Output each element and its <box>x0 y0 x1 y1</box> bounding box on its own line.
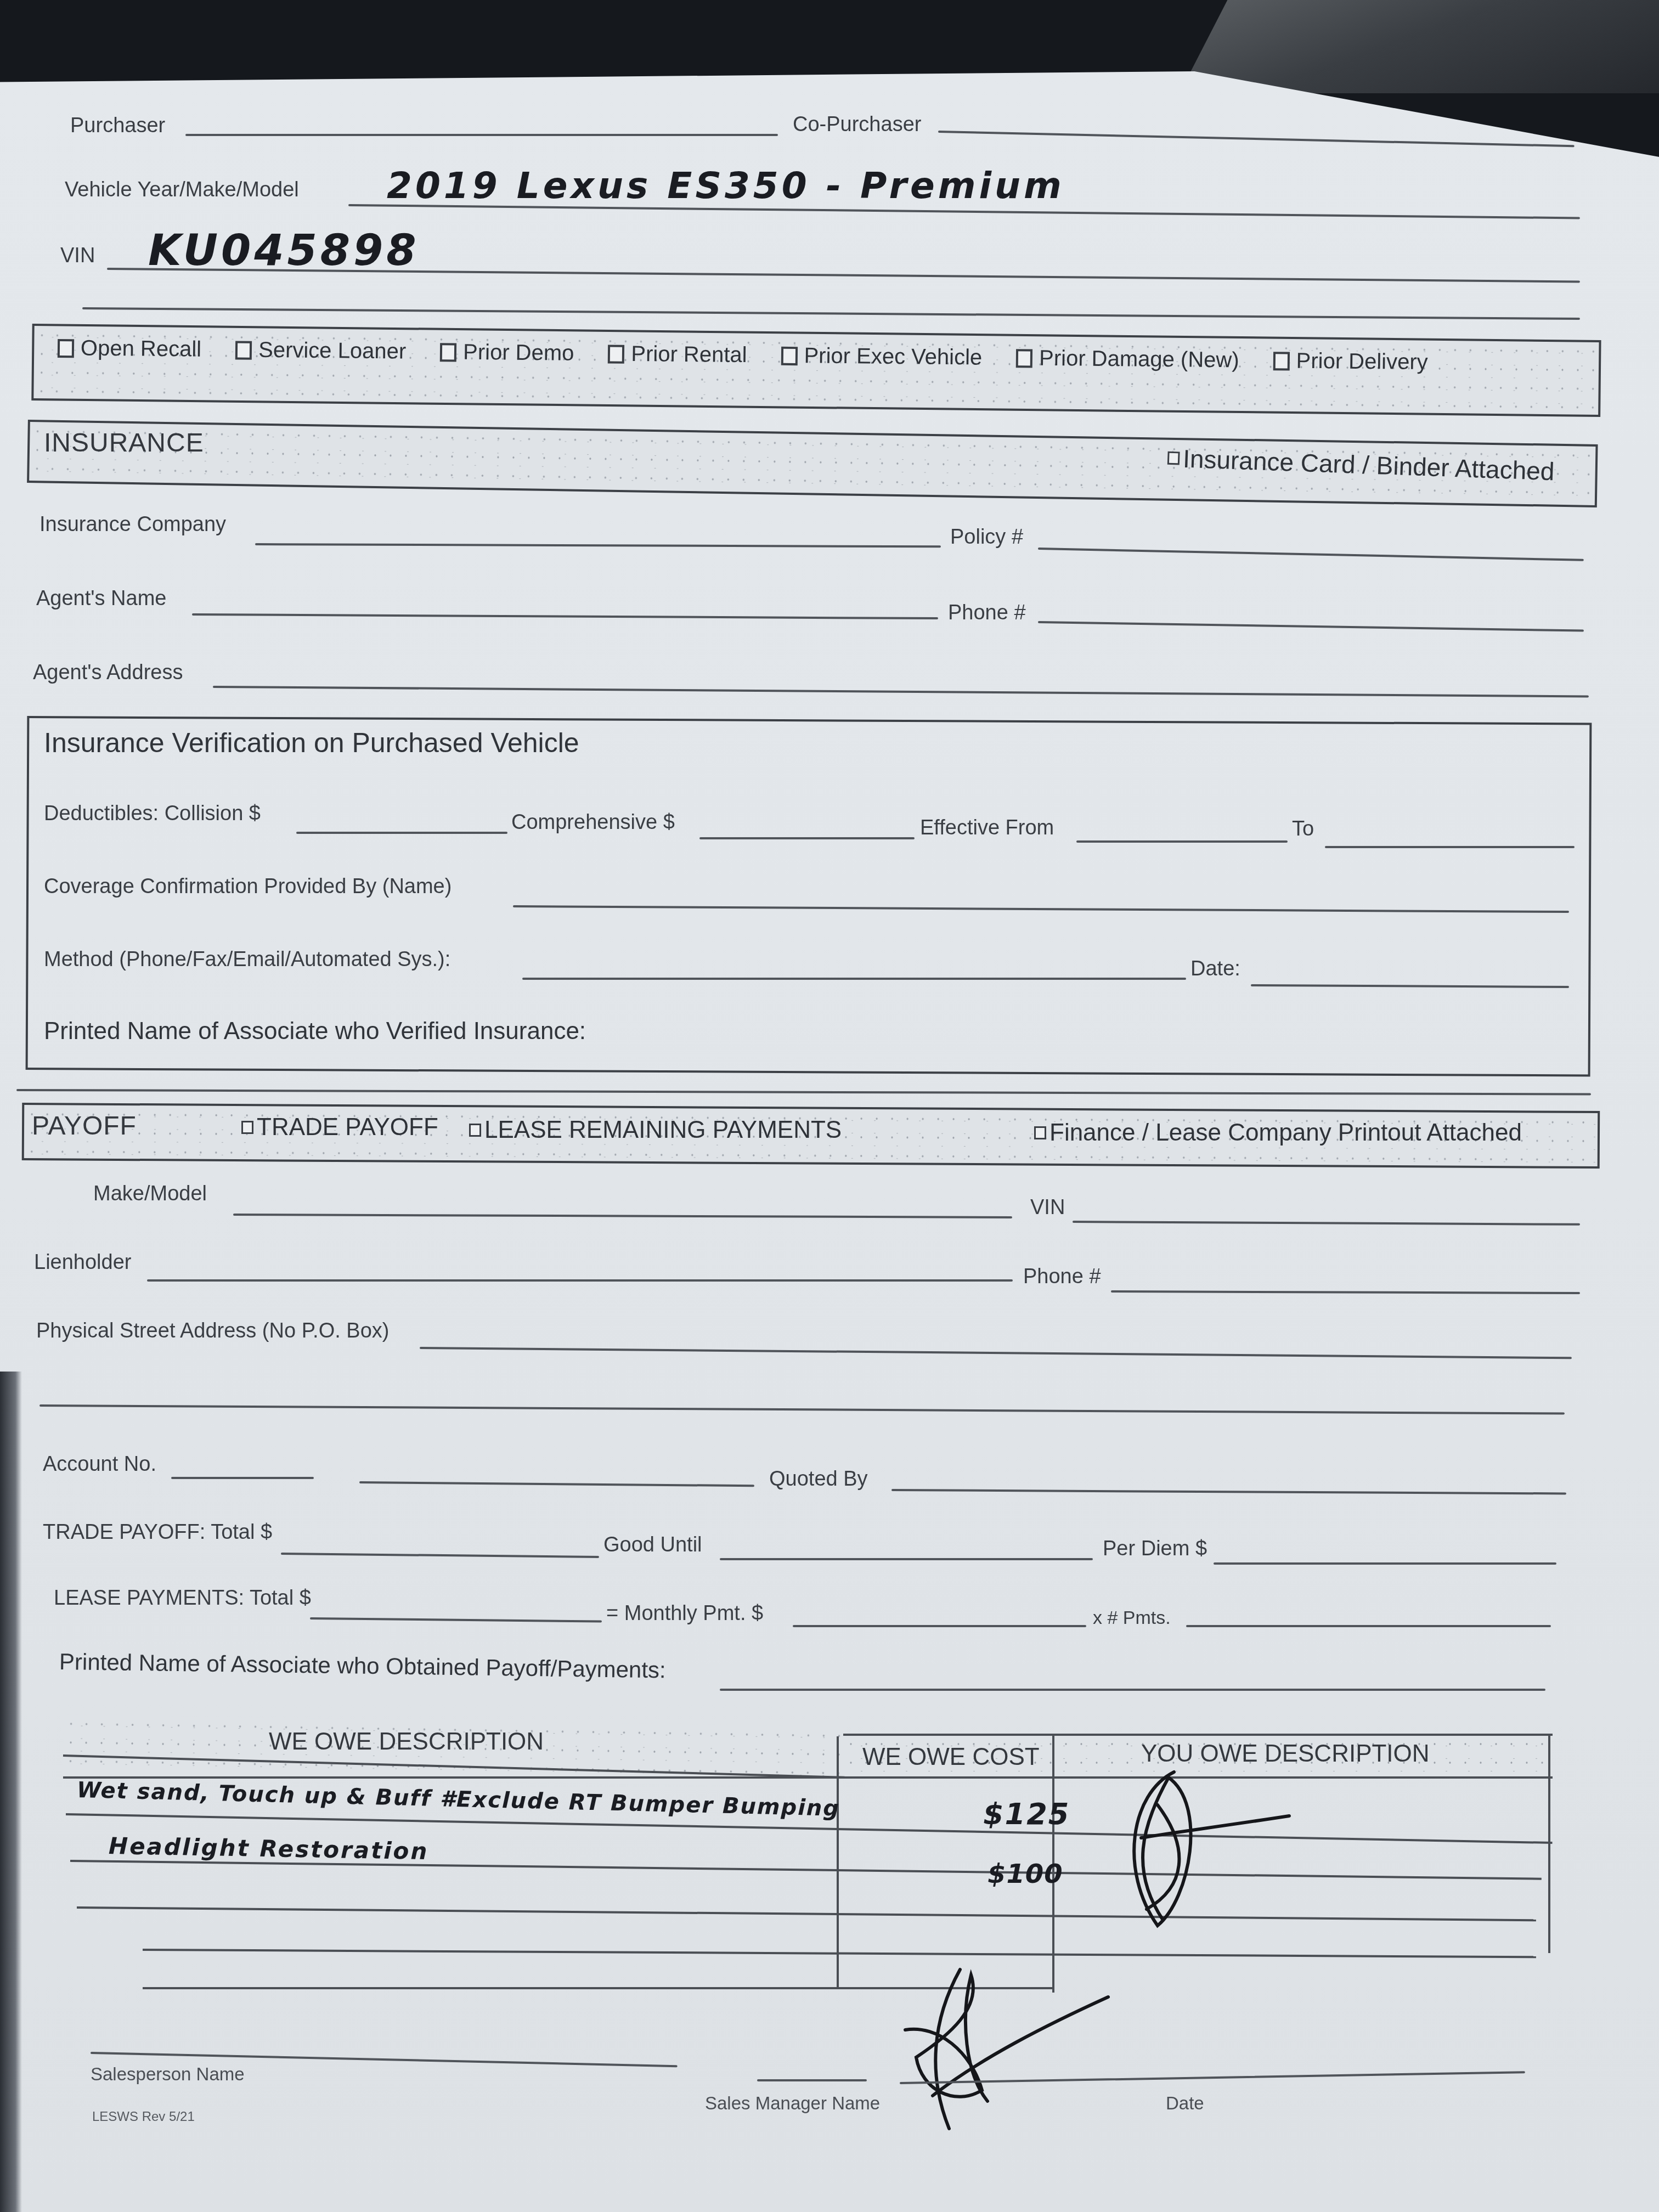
flag-service-loaner[interactable]: Service Loaner <box>235 337 407 364</box>
verified-by-label: Printed Name of Associate who Verified I… <box>44 1018 586 1045</box>
table-col-divider <box>1548 1734 1550 1953</box>
purchaser-field[interactable] <box>185 134 778 136</box>
checkbox-icon[interactable] <box>1016 349 1032 368</box>
monthly-pmt-field[interactable] <box>793 1625 1086 1627</box>
trade-payoff-option[interactable]: TRADE PAYOFF <box>241 1114 438 1141</box>
background-car-interior <box>1180 0 1659 93</box>
paper-edge-shadow <box>0 1372 22 2212</box>
verification-title: Insurance Verification on Purchased Vehi… <box>44 727 579 759</box>
checkbox-icon[interactable] <box>1167 452 1180 465</box>
co-purchaser-label: Co-Purchaser <box>793 113 921 137</box>
account-field[interactable] <box>171 1477 314 1479</box>
sales-manager-signature <box>850 1964 1136 2140</box>
payoff-title: PAYOFF <box>32 1111 137 1141</box>
sales-manager-name-label: Sales Manager Name <box>705 2093 880 2114</box>
per-diem-label: Per Diem $ <box>1103 1537 1207 1561</box>
method-label: Method (Phone/Fax/Email/Automated Sys.): <box>44 948 450 972</box>
checkbox-icon[interactable] <box>469 1124 481 1137</box>
table-col-divider <box>837 1736 839 1989</box>
lienholder-field[interactable] <box>147 1279 1013 1282</box>
we-owe-row-2-cost[interactable]: $100 <box>988 1859 1063 1889</box>
payoff-vin-label: VIN <box>1030 1196 1065 1220</box>
account-label: Account No. <box>43 1453 156 1476</box>
comprehensive-label: Comprehensive $ <box>511 811 675 834</box>
quoted-by-label: Quoted By <box>769 1468 868 1491</box>
vehicle-label: Vehicle Year/Make/Model <box>65 178 299 202</box>
customer-signature <box>1108 1761 1328 1937</box>
checkbox-icon[interactable] <box>58 339 74 358</box>
num-pmts-field[interactable] <box>1186 1625 1551 1627</box>
form-code: LESWS Rev 5/21 <box>92 2109 195 2125</box>
checkbox-icon[interactable] <box>608 345 624 363</box>
table-line <box>63 1776 1553 1779</box>
effective-from-field[interactable] <box>1076 840 1288 843</box>
agent-address-label: Agent's Address <box>33 661 183 685</box>
we-owe-cost-header: WE OWE COST <box>862 1743 1040 1771</box>
checkbox-icon[interactable] <box>1034 1126 1046 1139</box>
verification-date-label: Date: <box>1190 957 1240 981</box>
lienholder-label: Lienholder <box>34 1251 131 1274</box>
comprehensive-field[interactable] <box>699 837 915 839</box>
checkbox-icon[interactable] <box>440 343 456 362</box>
checkbox-icon[interactable] <box>781 346 797 365</box>
obtained-by-field[interactable] <box>720 1689 1545 1691</box>
effective-from-label: Effective From <box>920 816 1054 840</box>
flag-prior-exec-vehicle[interactable]: Prior Exec Vehicle <box>781 343 982 370</box>
vin-label: VIN <box>60 244 95 268</box>
checkbox-icon[interactable] <box>1273 352 1289 370</box>
payoff-phone-label: Phone # <box>1023 1265 1101 1289</box>
policy-label: Policy # <box>950 526 1023 549</box>
checkbox-icon[interactable] <box>241 1121 253 1134</box>
good-until-field[interactable] <box>720 1558 1093 1560</box>
flag-prior-damage[interactable]: Prior Damage (New) <box>1016 346 1239 373</box>
agent-name-label: Agent's Name <box>36 587 166 611</box>
we-owe-row-1-cost[interactable]: $125 <box>983 1797 1070 1831</box>
insurance-title: INSURANCE <box>44 428 204 458</box>
good-until-label: Good Until <box>603 1533 702 1557</box>
method-field[interactable] <box>522 978 1186 980</box>
monthly-pmt-label: = Monthly Pmt. $ <box>606 1602 763 1626</box>
per-diem-field[interactable] <box>1214 1562 1556 1565</box>
address-label: Physical Street Address (No P.O. Box) <box>36 1319 389 1343</box>
phone-label: Phone # <box>948 601 1026 625</box>
we-owe-desc-header: WE OWE DESCRIPTION <box>269 1728 544 1756</box>
trade-total-label: TRADE PAYOFF: Total $ <box>43 1521 272 1544</box>
table-line <box>843 1734 1553 1736</box>
salesperson-name-label: Salesperson Name <box>91 2064 245 2085</box>
to-label: To <box>1292 817 1314 841</box>
printout-attached-option[interactable]: Finance / Lease Company Printout Attache… <box>1034 1119 1522 1147</box>
we-owe-row-2-description[interactable]: Headlight Restoration <box>109 1832 429 1865</box>
date-label: Date <box>1166 2093 1204 2114</box>
collision-label: Deductibles: Collision $ <box>44 802 261 826</box>
checkbox-icon[interactable] <box>235 341 252 359</box>
flag-prior-demo[interactable]: Prior Demo <box>440 340 574 366</box>
flag-open-recall[interactable]: Open Recall <box>58 336 202 362</box>
flag-prior-rental[interactable]: Prior Rental <box>608 342 747 368</box>
insurance-company-label: Insurance Company <box>39 513 226 537</box>
sales-manager-signature-line-a[interactable] <box>757 2079 867 2081</box>
collision-field[interactable] <box>296 832 507 834</box>
vehicle-value[interactable]: 2019 Lexus ES350 - Premium <box>387 165 1065 207</box>
coverage-label: Coverage Confirmation Provided By (Name) <box>44 875 452 899</box>
lease-total-label: LEASE PAYMENTS: Total $ <box>54 1587 311 1610</box>
purchaser-label: Purchaser <box>70 114 165 138</box>
lease-remaining-option[interactable]: LEASE REMAINING PAYMENTS <box>469 1116 842 1144</box>
payoff-make-model-label: Make/Model <box>93 1182 207 1206</box>
to-field[interactable] <box>1325 846 1575 848</box>
num-pmts-label: x # Pmts. <box>1093 1607 1171 1629</box>
flag-prior-delivery[interactable]: Prior Delivery <box>1273 348 1428 375</box>
